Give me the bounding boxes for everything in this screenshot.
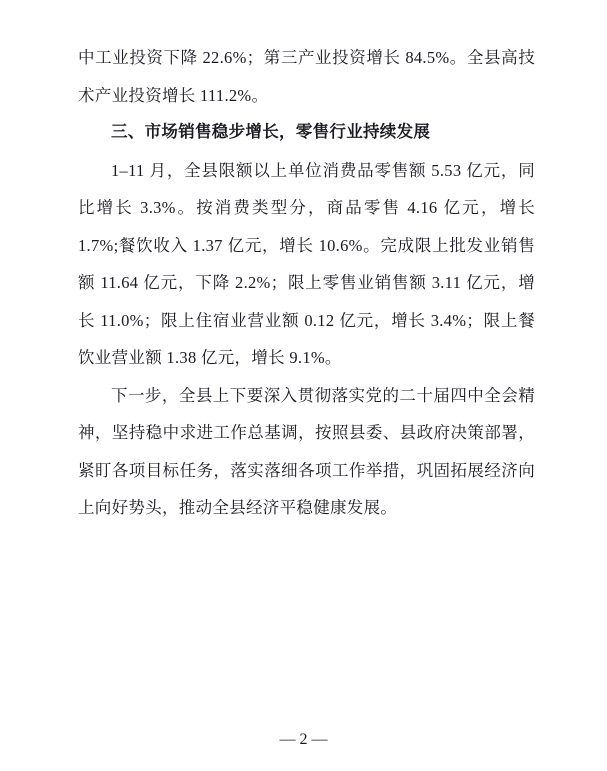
page-number: — 2 —	[0, 731, 607, 749]
paragraph-outlook: 下一步，全县上下要深入贯彻落实党的二十届四中全会精神，坚持稳中求进工作总基调，按…	[78, 377, 535, 527]
document-body: 中工业投资下降 22.6%；第三产业投资增长 84.5%。全县高技术产业投资增长…	[78, 39, 535, 527]
section-heading: 三、市场销售稳步增长，零售行业持续发展	[78, 114, 535, 152]
document-page: 中工业投资下降 22.6%；第三产业投资增长 84.5%。全县高技术产业投资增长…	[0, 0, 607, 771]
paragraph-investment-continuation: 中工业投资下降 22.6%；第三产业投资增长 84.5%。全县高技术产业投资增长…	[78, 39, 535, 114]
paragraph-retail-sales: 1–11 月，全县限额以上单位消费品零售额 5.53 亿元，同比增长 3.3%。…	[78, 152, 535, 377]
